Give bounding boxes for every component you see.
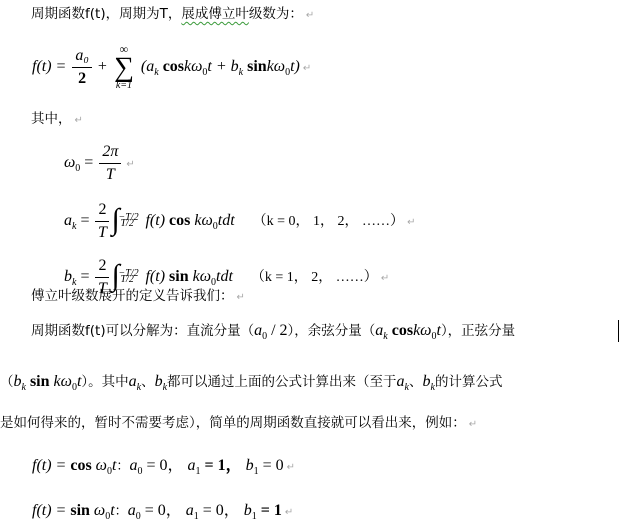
integral-icon: ∫T/2−T/2 [111, 201, 145, 241]
b-symbol: b [244, 502, 252, 519]
fraction-denominator: T [99, 164, 121, 186]
value: = 0， [141, 502, 182, 519]
two-pi-over-t-fraction: 2π T [99, 141, 121, 186]
sum-lower-limit: k=1 [114, 81, 134, 91]
a-symbol: a [128, 502, 136, 519]
where-label: 其中， [31, 111, 72, 127]
b-symbol: b [64, 268, 72, 285]
value: = 0， [142, 457, 183, 474]
k-omega: kω [413, 322, 431, 339]
sin-fn: sin [26, 373, 50, 390]
k-omega: kω [190, 212, 212, 229]
omega-symbol: ω [90, 502, 105, 519]
sigma-icon: ∑ [114, 55, 134, 81]
fraction-denominator: T [95, 222, 109, 244]
paragraph-mark-icon: ↵ [287, 462, 295, 473]
intro-paragraph: 周期函数f(t)，周期为T，展成傅立叶级数为：↵ [31, 6, 314, 24]
fourier-series-formula: f(t) = a₀ 2 + ∞ ∑ k=1 (ak coskω0t + bk s… [32, 42, 311, 92]
value: = 1 [257, 502, 282, 519]
value: = 0 [259, 457, 284, 474]
fraction-numerator: 2 [95, 255, 109, 278]
paragraph-mark-icon: ↵ [469, 419, 477, 430]
decomp-text: 的计算公式 [435, 374, 503, 390]
decomposition-line-1: 周期函数f(t)可以分解为：直流分量（a0 / 2），余弦分量（ak coskω… [31, 323, 515, 345]
summation: ∞ ∑ k=1 [114, 43, 134, 91]
term-open: (a [141, 58, 154, 75]
k-omega: kω [184, 58, 202, 75]
value: = 0， [199, 502, 240, 519]
cos-fn: cos [159, 58, 184, 75]
fraction-numerator: a₀ [72, 45, 92, 68]
f-of-t: f(t) [145, 268, 165, 285]
b-symbol: b [14, 373, 22, 390]
paragraph-mark-icon: ↵ [381, 273, 389, 284]
definition-tells-text: 傅立叶级数展开的定义告诉我们： [31, 288, 234, 304]
tdt: tdt [216, 268, 233, 285]
term-mid: t + b [207, 58, 238, 75]
k-omega: kω [50, 373, 72, 390]
a0-over-2-fraction: a₀ 2 [72, 45, 92, 90]
a-symbol: a [64, 212, 72, 229]
paragraph-mark-icon: ↵ [407, 217, 415, 228]
decomposition-line-2: （bk sin kω0t）。其中ak、bk都可以通过上面的公式计算出来（至于ak… [0, 374, 502, 396]
equals-sign: = [76, 268, 89, 285]
cos-fn: cos [165, 212, 190, 229]
sin-fn: sin [243, 58, 267, 75]
integral-lower-limit: −T/2 [118, 193, 138, 243]
a-symbol: a [397, 373, 405, 390]
decomposition-line-3: 是如何得来的，暂时不需要考虑），简单的周期函数直接就可以看出来，例如：↵ [0, 415, 477, 433]
where-label-line: 其中，↵ [31, 111, 83, 129]
separator: 、 [409, 374, 423, 390]
omega-symbol: ω [64, 154, 75, 171]
a-symbol: a [129, 373, 137, 390]
colon: ： [115, 503, 128, 518]
cos-fn: cos [70, 457, 91, 474]
sin-fn: sin [165, 268, 189, 285]
ak-definition: ak = 2 T ∫T/2−T/2f(t) cos kω0tdt （k = 0，… [64, 196, 415, 246]
paragraph-mark-icon: ↵ [126, 159, 134, 170]
spellcheck-underlined-text: 展成傅立叶 [181, 6, 249, 22]
intro-text-1: 周期函数f(t)，周期为T， [31, 6, 181, 22]
decomp-text: ），正弦分量 [441, 323, 515, 339]
b-symbol: b [423, 373, 431, 390]
fraction-numerator: 2π [99, 141, 121, 164]
tdt: tdt [218, 212, 235, 229]
formula-lhs: f(t) = [32, 58, 66, 75]
k-omega: kω [189, 268, 211, 285]
paragraph-mark-icon: ↵ [306, 10, 314, 21]
definition-tells-line: 傅立叶级数展开的定义告诉我们：↵ [31, 288, 245, 306]
k-range: （k = 0， 1， 2， ……） [253, 214, 404, 229]
decomp-text: 是如何得来的，暂时不需要考虑），简单的周期函数直接就可以看出来，例如： [0, 415, 466, 431]
b-symbol: b [246, 457, 254, 474]
two-over-t-fraction: 2 T [95, 199, 109, 244]
paragraph-mark-icon: ↵ [75, 115, 83, 126]
formula-lhs: f(t) = [32, 457, 70, 474]
decomp-text: ）。其中 [81, 374, 128, 390]
paragraph-mark-icon: ↵ [303, 63, 311, 74]
paragraph-mark-icon: ↵ [285, 507, 293, 518]
decomp-text: 周期函数f(t)可以分解为：直流分量（ [31, 323, 254, 339]
intro-text-3: 级数为： [249, 6, 303, 22]
f-of-t: f(t) [145, 212, 165, 229]
decomp-text: （ [0, 374, 14, 390]
over-two: / 2 [267, 322, 287, 339]
decomp-text: 都可以通过上面的公式计算出来（至于 [167, 374, 397, 390]
decomp-text: ），余弦分量（ [288, 323, 376, 339]
colon: ： [116, 458, 129, 473]
formula-lhs: f(t) = [32, 502, 70, 519]
fraction-numerator: 2 [95, 199, 109, 222]
term-close: t) [290, 58, 300, 75]
plus-sign: + [98, 58, 107, 75]
cos-fn: cos [388, 322, 413, 339]
k-omega: kω [267, 58, 285, 75]
example-sin: f(t) = sin ω0t：a0 = 0， a1 = 0， b1 = 1↵ [32, 500, 293, 522]
fraction-denominator: 2 [72, 68, 92, 90]
a-symbol: a [254, 322, 262, 339]
k-range: （k = 1， 2， ……） [251, 270, 378, 285]
equals-sign: = [76, 212, 89, 229]
paragraph-mark-icon: ↵ [237, 292, 245, 303]
separator: 、 [141, 374, 155, 390]
example-cos: f(t) = cos ω0t：a0 = 0， a1 = 1， b1 = 0↵ [32, 455, 295, 477]
a-symbol: a [186, 502, 194, 519]
equals-sign: = [80, 154, 93, 171]
omega-symbol: ω [92, 457, 107, 474]
sin-fn: sin [70, 502, 90, 519]
omega-definition: ω0 = 2π T ↵ [64, 138, 135, 188]
b-symbol: b [155, 373, 163, 390]
value: = 1， [200, 457, 241, 474]
